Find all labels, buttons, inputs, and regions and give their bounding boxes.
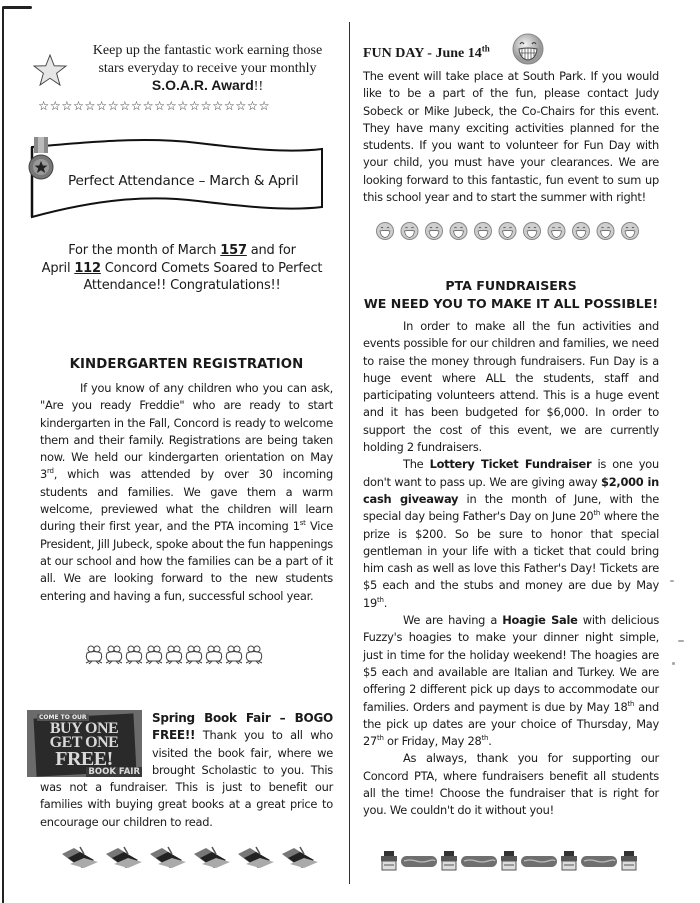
scan-artifact bbox=[670, 580, 674, 582]
pta-paragraph-closing: As always, thank you for supporting our … bbox=[363, 750, 659, 819]
grinning-face-icon bbox=[512, 33, 544, 65]
perfect-attendance-banner: Perfect Attendance – March & April bbox=[28, 137, 328, 219]
soar-award-name: S.O.A.R. Award bbox=[152, 77, 254, 93]
attendance-text: For the month of March bbox=[68, 243, 220, 258]
pta-text: with delicious Fuzzy's hoagies to make y… bbox=[363, 613, 659, 713]
book-fair-body: Spring Book Fair – BOGO FREE!! Thank you… bbox=[40, 710, 333, 831]
pta-text: We are having a bbox=[403, 613, 502, 627]
lottery-fundraiser-label: Lottery Ticket Fundraiser bbox=[430, 457, 592, 471]
frog-row-icon bbox=[84, 644, 264, 671]
pta-subtitle: WE NEED YOU TO MAKE IT ALL POSSIBLE! bbox=[363, 295, 659, 313]
kindergarten-text: , which was attended by over 30 incoming… bbox=[40, 467, 333, 533]
kindergarten-body: If you know of any children who you can … bbox=[40, 380, 333, 605]
soar-message: Keep up the fantastic work earning those… bbox=[90, 42, 325, 96]
book-icons bbox=[60, 846, 330, 870]
attendance-text: and for bbox=[247, 243, 296, 258]
column-divider bbox=[349, 22, 350, 884]
fun-day-body: The event will take place at South Park.… bbox=[363, 68, 659, 206]
fun-day-title: FUN DAY - June 14th bbox=[363, 46, 490, 62]
pta-paragraph-intro: In order to make all the fun activities … bbox=[363, 318, 659, 456]
scan-artifact bbox=[672, 662, 675, 665]
medal-icon bbox=[28, 137, 54, 183]
pta-title: PTA FUNDRAISERS bbox=[363, 277, 659, 295]
superscript: th bbox=[482, 43, 490, 53]
frog-icons bbox=[84, 644, 264, 666]
page-border-top bbox=[2, 6, 32, 9]
fun-day-title-text: FUN DAY - June 14 bbox=[363, 46, 482, 61]
pta-text: where the prize is $200. So be sure to h… bbox=[363, 509, 659, 609]
book-row-icon bbox=[60, 846, 330, 874]
pta-fundraisers-heading: PTA FUNDRAISERS WE NEED YOU TO MAKE IT A… bbox=[363, 277, 659, 313]
pta-paragraph-hoagie: We are having a Hoagie Sale with delicio… bbox=[363, 612, 659, 750]
pta-text: . bbox=[384, 596, 387, 610]
smiley-row-icon bbox=[376, 222, 646, 246]
fun-day-text: The event will take place at South Park.… bbox=[363, 68, 659, 206]
hoagie-register-row-icon bbox=[380, 850, 650, 876]
pta-paragraph-lottery: The Lottery Ticket Fundraiser is one you… bbox=[363, 456, 659, 612]
attendance-text: April bbox=[42, 261, 75, 276]
banner-title: Perfect Attendance – March & April bbox=[68, 173, 298, 189]
soar-award-suffix: !! bbox=[254, 79, 263, 94]
pta-body: In order to make all the fun activities … bbox=[363, 318, 659, 820]
april-count: 112 bbox=[74, 261, 101, 276]
smiley-icons bbox=[376, 222, 646, 242]
attendance-text: Concord Comets Soared to Perfect bbox=[101, 261, 322, 276]
page-border-left bbox=[2, 8, 4, 903]
attendance-summary: For the month of March 157 and for April… bbox=[32, 242, 332, 295]
superscript: th bbox=[377, 734, 384, 742]
soar-line-2: stars everyday to receive your monthly bbox=[90, 60, 325, 78]
scan-artifact bbox=[678, 640, 684, 642]
superscript: th bbox=[377, 596, 384, 604]
star-row-icon: ☆☆☆☆☆☆☆☆☆☆☆☆☆☆☆☆☆☆☆☆ bbox=[38, 98, 270, 113]
pta-text: or Friday, May 28 bbox=[384, 734, 482, 748]
pta-text: . bbox=[488, 734, 491, 748]
soar-line-1: Keep up the fantastic work earning those bbox=[90, 42, 325, 60]
hoagie-icons bbox=[380, 850, 650, 872]
attendance-text: Attendance!! Congratulations!! bbox=[83, 278, 280, 293]
pta-text: The bbox=[403, 457, 430, 471]
march-count: 157 bbox=[220, 243, 247, 258]
star-icon bbox=[32, 54, 68, 86]
superscript: rd bbox=[47, 468, 54, 476]
soar-award-line: S.O.A.R. Award!! bbox=[90, 77, 325, 96]
kindergarten-title: KINDERGARTEN REGISTRATION bbox=[40, 357, 333, 372]
hoagie-sale-label: Hoagie Sale bbox=[502, 613, 577, 627]
